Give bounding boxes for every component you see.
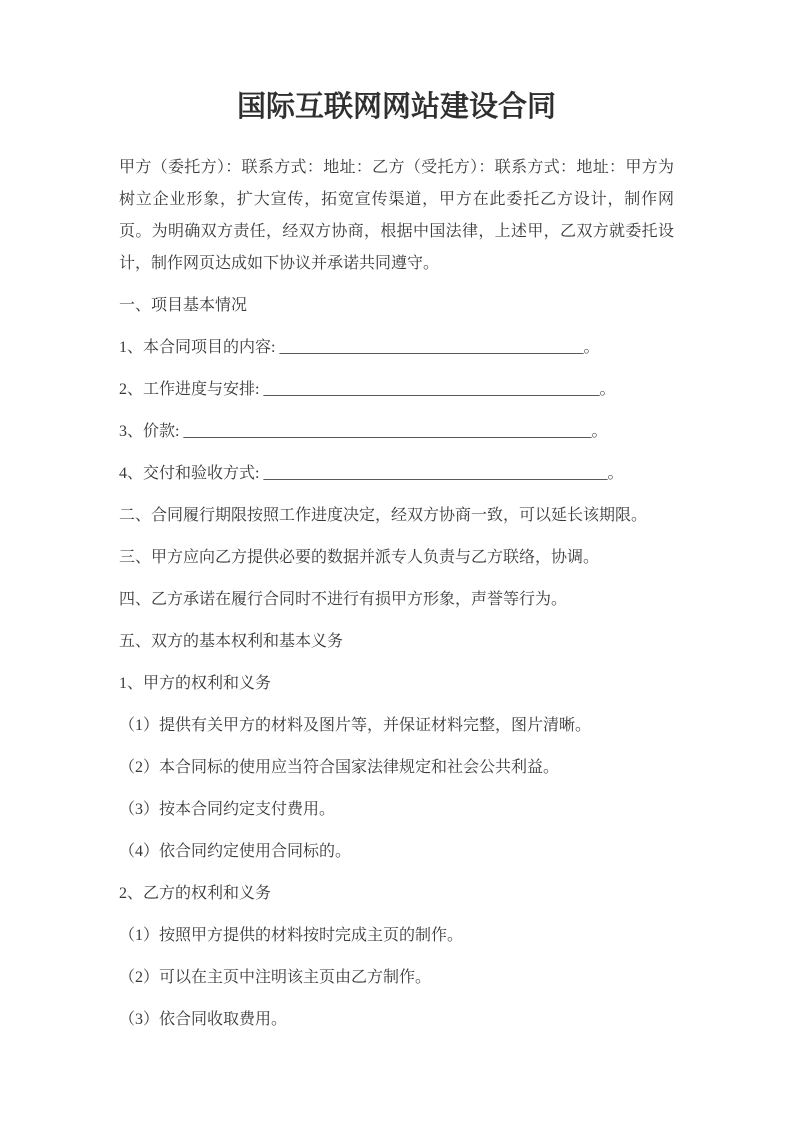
- fill-label: 4、交付和验收方式:: [119, 465, 263, 482]
- section-heading-1: 一、项目基本情况: [119, 290, 674, 322]
- fill-suffix: 。: [599, 381, 615, 398]
- document-title: 国际互联网网站建设合同: [119, 88, 674, 126]
- fill-blank-underline: ________________________________________…: [183, 423, 591, 440]
- clause-section-4: 四、乙方承诺在履行合同时不进行有损甲方形象，声誉等行为。: [119, 584, 674, 616]
- clause-party-a-item-3: （3）按本合同约定支付费用。: [119, 794, 674, 826]
- clause-party-b-item-3: （3）依合同收取费用。: [119, 1004, 674, 1036]
- intro-paragraph: 甲方（委托方）：联系方式：地址：乙方（受托方）：联系方式：地址：甲方为树立企业形…: [119, 152, 674, 280]
- fill-blank-underline: ______________________________________: [279, 339, 583, 356]
- section-heading-5: 五、双方的基本权利和基本义务: [119, 626, 674, 658]
- subheading-party-b-rights: 2、乙方的权利和义务: [119, 878, 674, 910]
- fill-blank-underline: ________________________________________…: [263, 381, 599, 398]
- fill-in-line-delivery-acceptance: 4、交付和验收方式: _____________________________…: [119, 458, 674, 490]
- fill-label: 1、本合同项目的内容:: [119, 339, 279, 356]
- clause-party-a-item-1: （1）提供有关甲方的材料及图片等，并保证材料完整，图片清晰。: [119, 710, 674, 742]
- fill-label: 2、工作进度与安排:: [119, 381, 263, 398]
- clause-party-b-item-2: （2）可以在主页中注明该主页由乙方制作。: [119, 962, 674, 994]
- fill-in-line-contract-content: 1、本合同项目的内容: ____________________________…: [119, 332, 674, 364]
- fill-in-line-price: 3、价款: __________________________________…: [119, 416, 674, 448]
- clause-party-b-item-1: （1）按照甲方提供的材料按时完成主页的制作。: [119, 920, 674, 952]
- clause-section-2: 二、合同履行期限按照工作进度决定，经双方协商一致，可以延长该期限。: [119, 500, 674, 532]
- fill-suffix: 。: [591, 423, 607, 440]
- clause-party-a-item-2: （2）本合同标的使用应当符合国家法律规定和社会公共利益。: [119, 752, 674, 784]
- fill-label: 3、价款:: [119, 423, 183, 440]
- subheading-party-a-rights: 1、甲方的权利和义务: [119, 668, 674, 700]
- clause-section-3: 三、甲方应向乙方提供必要的数据并派专人负责与乙方联络，协调。: [119, 542, 674, 574]
- fill-suffix: 。: [607, 465, 623, 482]
- fill-suffix: 。: [583, 339, 599, 356]
- fill-in-line-work-schedule: 2、工作进度与安排: _____________________________…: [119, 374, 674, 406]
- clause-party-a-item-4: （4）依合同约定使用合同标的。: [119, 836, 674, 868]
- contract-document-page: 国际互联网网站建设合同 甲方（委托方）：联系方式：地址：乙方（受托方）：联系方式…: [0, 0, 793, 1122]
- fill-blank-underline: ________________________________________…: [263, 465, 607, 482]
